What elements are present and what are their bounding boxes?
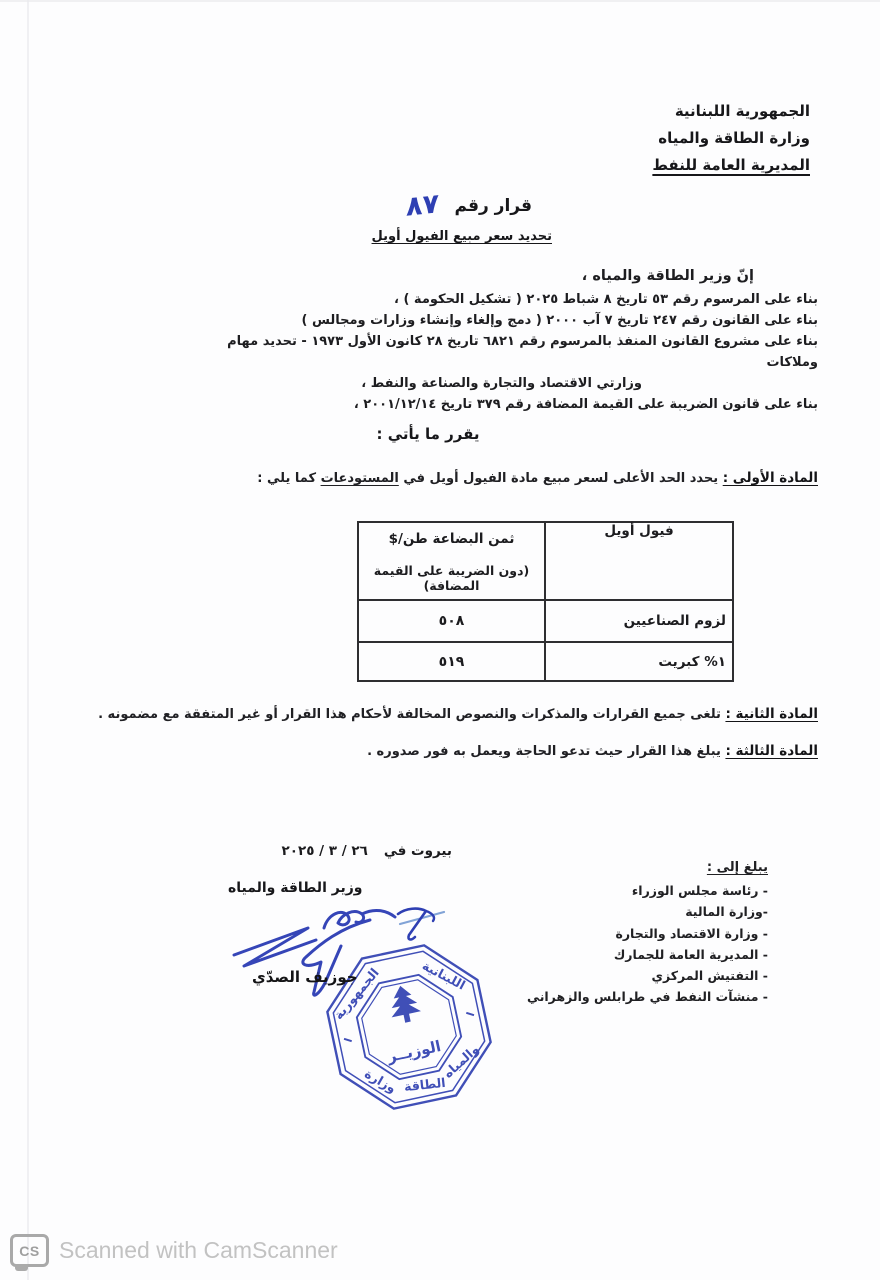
article-1-text: يحدد الحد الأعلى لسعر مبيع مادة الفيول أ… — [403, 471, 718, 486]
distribution-item: - المديرية العامة للجمارك — [527, 944, 768, 965]
distribution-item: - منشآت النفط في طرابلس والزهراني — [527, 986, 768, 1007]
table-row: لزوم الصناعيين ٥٠٨ — [358, 600, 733, 642]
table-row: ١% كبريت ٥١٩ — [358, 642, 733, 681]
preamble-clause: بناء على المرسوم رقم ٥٣ تاريخ ٨ شباط ٢٠٢… — [198, 289, 818, 310]
row-product-name: ١% كبريت — [545, 642, 733, 681]
article-1-text-after: كما يلي : — [257, 471, 316, 486]
stamp-bottom-word-2: الطاقة — [403, 1075, 446, 1094]
initials-mark-ink — [386, 900, 450, 944]
decision-number-handwritten: ٨٧ — [406, 188, 439, 223]
article-2-label: المادة الثانية : — [725, 706, 818, 722]
article-2-text: تلغى جميع القرارات والمذكرات والنصوص الم… — [98, 707, 721, 722]
article-2: المادة الثانية : تلغى جميع القرارات والم… — [58, 704, 818, 725]
letterhead-directorate: المديرية العامة للنفط — [550, 152, 810, 179]
preamble-clause-continuation: وزارتي الاقتصاد والتجارة والصناعة والنفط… — [198, 373, 642, 394]
camscanner-watermark-text: Scanned with CamScanner — [59, 1237, 338, 1264]
distribution-list: يبلغ إلى : - رئاسة مجلس الوزراء -وزارة ا… — [527, 860, 768, 1008]
place-label: بيروت في — [384, 843, 452, 859]
distribution-item: - رئاسة مجلس الوزراء — [527, 880, 768, 901]
letterhead-republic: الجمهورية اللبنانية — [550, 98, 810, 125]
distribution-item: - وزارة الاقتصاد والتجارة — [527, 923, 768, 944]
preamble-clause: بناء على القانون رقم ٢٤٧ تاريخ ٧ آب ٢٠٠٠… — [198, 310, 818, 331]
camscanner-icon-tab — [15, 1264, 28, 1271]
table-header-price: ثمن البضاعة $/طن (دون الضريبة على القيمة… — [358, 522, 545, 600]
stamp-left-dash — [344, 1037, 352, 1042]
preamble: إنّ وزير الطاقة والمياه ، بناء على المرس… — [198, 266, 818, 415]
decides-line: يقرر ما يأتي : — [0, 424, 880, 443]
price-table: فيول أويل ثمن البضاعة $/طن (دون الضريبة … — [357, 521, 734, 682]
stamp-right-dash — [466, 1011, 474, 1016]
camscanner-footer: CS Scanned with CamScanner — [10, 1234, 338, 1267]
preamble-intro: إنّ وزير الطاقة والمياه ، — [198, 266, 754, 287]
article-3-label: المادة الثالثة : — [725, 743, 818, 759]
article-1: المادة الأولى : يحدد الحد الأعلى لسعر مب… — [58, 468, 818, 489]
letterhead-ministry: وزارة الطاقة والمياه — [550, 125, 810, 152]
preamble-clause: بناء على قانون الضريبة على القيمة المضاف… — [198, 394, 818, 415]
row-product-price: ٥١٩ — [358, 642, 545, 681]
table-header-product: فيول أويل — [545, 522, 733, 600]
preamble-clause: بناء على مشروع القانون المنفذ بالمرسوم ر… — [198, 331, 818, 373]
decision-title-row: قرار رقم ٨٧ — [406, 190, 532, 221]
decision-date: ٢٦ / ٣ / ٢٠٢٥ — [281, 843, 367, 859]
price-header-line: ثمن البضاعة $/طن — [359, 523, 544, 547]
row-product-price: ٥٠٨ — [358, 600, 545, 642]
minister-title: وزير الطاقة والمياه — [228, 880, 362, 896]
article-1-label: المادة الأولى : — [723, 470, 818, 486]
article-1-emphasis: المستودعات — [321, 471, 399, 486]
distribution-item: - التفتيش المركزي — [527, 965, 768, 986]
distribution-item: -وزارة المالية — [527, 901, 768, 922]
decision-number-label: قرار رقم — [455, 196, 533, 216]
stamp-top-word-2: اللبنانية — [420, 958, 468, 993]
distribution-title: يبلغ إلى : — [527, 860, 768, 875]
scan-fold-line-artifact — [27, 0, 29, 1280]
camscanner-icon: CS — [10, 1234, 49, 1267]
place-date-line: بيروت في ٢٦ / ٣ / ٢٠٢٥ — [222, 843, 452, 859]
scan-top-edge-artifact — [0, 0, 880, 2]
article-3-text: يبلغ هذا القرار حيث تدعو الحاجة ويعمل به… — [367, 744, 721, 759]
row-product-name: لزوم الصناعيين — [545, 600, 733, 642]
price-unit: $/طن — [389, 531, 428, 547]
scanned-document-page: الجمهورية اللبنانية وزارة الطاقة والمياه… — [0, 0, 880, 1280]
article-3: المادة الثالثة : يبلغ هذا القرار حيث تدع… — [58, 741, 818, 762]
stamp-minister-word: الوزيــر — [385, 1037, 443, 1066]
decision-subject: تحديد سعر مبيع الفيول أويل — [372, 229, 552, 244]
minister-name: جوزيف الصدّي — [252, 968, 358, 986]
price-vat-note: (دون الضريبة على القيمة المضافة) — [359, 563, 544, 599]
letterhead: الجمهورية اللبنانية وزارة الطاقة والمياه… — [550, 98, 810, 179]
table-header-row: فيول أويل ثمن البضاعة $/طن (دون الضريبة … — [358, 522, 733, 600]
